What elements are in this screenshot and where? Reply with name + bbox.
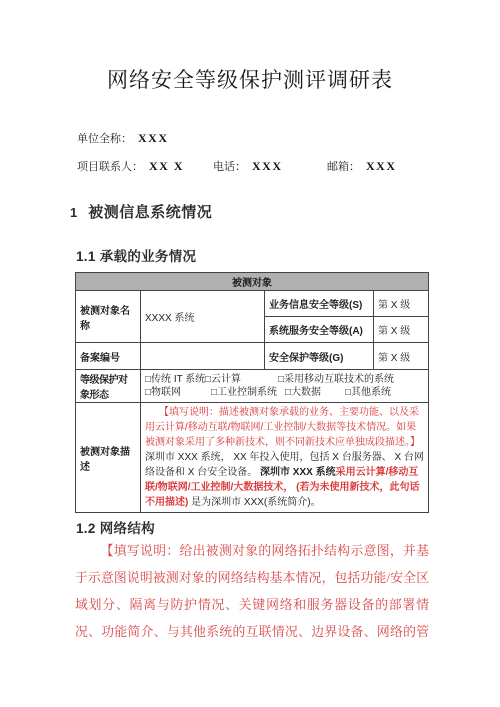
email-value[interactable]: XXX — [366, 159, 397, 173]
description-body: 深圳市 XXX 系统， XX 年投入使用，包括 X 台服务器、 X 台网络设备和… — [145, 450, 424, 510]
section-1-2-heading: 1.2 网络结构 — [76, 517, 155, 537]
checkbox-cloud[interactable]: □云计算 — [205, 373, 278, 386]
page-title: 网络安全等级保护测评调研表 — [0, 64, 500, 94]
contact-label: 项目联系人： — [77, 161, 143, 173]
object-description-label: 被测对象描述 — [76, 403, 141, 513]
email-label: 邮箱： — [327, 161, 360, 173]
section-1-heading: 1被测信息系统情况 — [70, 201, 212, 222]
form-options-line1: □传统 IT 系统 □云计算 □采用移动互联技术的系统 — [145, 373, 424, 386]
description-bold-black: 深圳市 XXX 系统 — [260, 467, 336, 478]
table-row: 被测对象描述 【填写说明：描述被测对象承载的业务、主要功能、以及采用云计算/移动… — [76, 403, 429, 513]
section-1-number: 1 — [70, 205, 77, 220]
protection-level-label: 安全保护等级(G) — [265, 343, 374, 370]
tested-object-name-label: 被测对象名称 — [76, 291, 141, 343]
system-service-level-value[interactable]: 第 X 级 — [374, 317, 429, 343]
checkbox-mobile-internet[interactable]: □采用移动互联技术的系统 — [278, 373, 394, 386]
checkbox-iot[interactable]: □物联网 — [145, 386, 211, 399]
checkbox-industrial-control[interactable]: □工业控制系统 — [211, 386, 285, 399]
table-row: 被测对象名称 XXXX 系统 业务信息安全等级(S) 第 X 级 — [76, 291, 429, 317]
document-page: { "colors": { "accent_red": "#d93636", "… — [0, 0, 500, 707]
description-plain-2: 是为深圳市 XXX(系统简介)。 — [188, 497, 320, 508]
table-row: 备案编号 安全保护等级(G) 第 X 级 — [76, 343, 429, 370]
table-header: 被测对象 — [76, 273, 429, 291]
business-info-level-value[interactable]: 第 X 级 — [374, 291, 429, 317]
record-number-value[interactable] — [141, 343, 265, 370]
section-1-title: 被测信息系统情况 — [88, 204, 212, 221]
phone-value[interactable]: XXX — [252, 159, 283, 173]
email-pair: 邮箱：XXX — [327, 158, 397, 174]
record-number-label: 备案编号 — [76, 343, 141, 370]
section-1-1-heading: 1.1 承载的业务情况 — [76, 245, 196, 265]
protection-level-value[interactable]: 第 X 级 — [374, 343, 429, 370]
checkbox-big-data[interactable]: □大数据 — [285, 386, 345, 399]
form-options-line2: □物联网 □工业控制系统 □大数据 □其他系统 — [145, 386, 424, 399]
object-description-content[interactable]: 【填写说明：描述被测对象承载的业务、主要功能、以及采用云计算/移动互联/物联网/… — [141, 403, 429, 513]
contact-value[interactable]: XX X — [149, 159, 184, 173]
object-form-options: □传统 IT 系统 □云计算 □采用移动互联技术的系统 □物联网 □工业控制系统… — [141, 370, 429, 403]
contact-pair: 项目联系人：XX X — [77, 158, 184, 174]
system-service-level-label: 系统服务安全等级(A) — [265, 317, 374, 343]
table-row: 等级保护对象形态 □传统 IT 系统 □云计算 □采用移动互联技术的系统 □物联… — [76, 370, 429, 403]
network-structure-note: 【填写说明：给出被测对象的网络拓扑结构示意图，并基于示意图说明被测对象的网络结构… — [75, 538, 429, 650]
table-header-row: 被测对象 — [76, 273, 429, 291]
phone-pair: 电话：XXX — [213, 158, 283, 174]
checkbox-traditional-it[interactable]: □传统 IT 系统 — [145, 373, 205, 386]
phone-label: 电话： — [213, 161, 246, 173]
description-fill-note: 【填写说明：描述被测对象承载的业务、主要功能、以及采用云计算/移动互联/物联网/… — [145, 405, 424, 450]
unit-value[interactable]: XXX — [138, 131, 169, 145]
unit-info-line: 单位全称：XXX — [77, 130, 169, 146]
tested-object-table: 被测对象 被测对象名称 XXXX 系统 业务信息安全等级(S) 第 X 级 系统… — [75, 272, 429, 513]
object-form-label: 等级保护对象形态 — [76, 370, 141, 403]
contact-info-line: 项目联系人：XX X 电话：XXX 邮箱：XXX — [0, 158, 500, 174]
business-info-level-label: 业务信息安全等级(S) — [265, 291, 374, 317]
tested-object-name-value[interactable]: XXXX 系统 — [141, 291, 265, 343]
checkbox-other-system[interactable]: □其他系统 — [345, 386, 391, 399]
unit-label: 单位全称： — [77, 133, 132, 145]
